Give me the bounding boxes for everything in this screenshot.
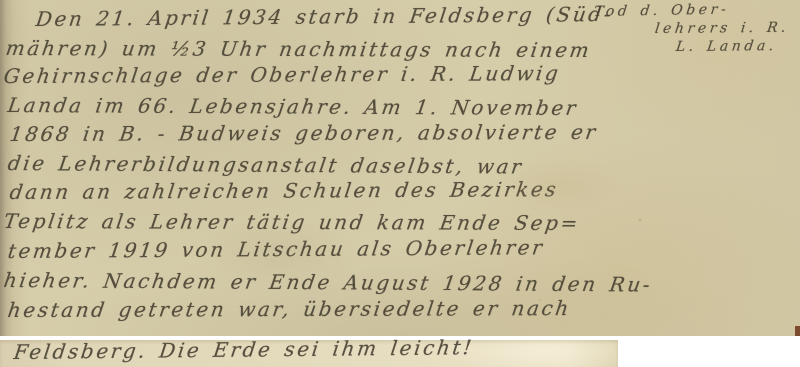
scanned-document: Den 21. April 1934 starb in Feldsberg (S… (0, 0, 800, 367)
manuscript-line: hestand getreten war, übersiedelte er na… (8, 296, 571, 322)
manuscript-line: Landa im 66. Lebensjahre. Am 1. November (8, 93, 578, 120)
manuscript-line: die Lehrerbildungsanstalt daselbst, war (8, 151, 524, 179)
bottom-paper-strip: Feldsberg. Die Erde sei ihm leicht! (0, 340, 618, 367)
margin-note-text: lehrers i. R. (654, 20, 790, 37)
manuscript-line-text: Den 21. April 1934 starb in Feldsberg (S… (34, 2, 614, 31)
manuscript-line: 1868 in B. - Budweis geboren, absolviert… (10, 120, 598, 146)
manuscript-line-text: hestand getreten war, übersiedelte er na… (6, 296, 572, 322)
manuscript-page: Den 21. April 1934 starb in Feldsberg (S… (0, 0, 800, 336)
manuscript-line-text: tember 1919 von Litschau als Oberlehrer (6, 235, 546, 263)
page-edge-mark (795, 326, 800, 336)
manuscript-line-text: Feldsberg. Die Erde sei ihm leicht! (12, 335, 475, 364)
manuscript-line: hieher. Nachdem er Ende August 1928 in d… (4, 268, 652, 297)
manuscript-line-text: die Lehrerbildungsanstalt daselbst, war (6, 151, 525, 179)
margin-note-line: Tod d. Ober- (594, 2, 730, 20)
margin-note-text: L. Landa. (675, 38, 778, 55)
manuscript-strip-line: Feldsberg. Die Erde sei ihm leicht! (14, 335, 474, 364)
manuscript-line-text: Gehirnschlage der Oberlehrer i. R. Ludwi… (2, 61, 562, 88)
manuscript-line-text: Landa im 66. Lebensjahre. Am 1. November (6, 93, 580, 120)
manuscript-line: mähren) um ½3 Uhr nachmittags nach einem (6, 36, 591, 62)
margin-note-line: L. Landa. (676, 38, 777, 55)
margin-note-text: Tod d. Ober- (593, 2, 730, 20)
manuscript-line-text: mähren) um ½3 Uhr nachmittags nach einem (4, 36, 593, 62)
manuscript-line: Gehirnschlage der Oberlehrer i. R. Ludwi… (4, 61, 561, 88)
manuscript-line: Teplitz als Lehrer tätig und kam Ende Se… (4, 209, 580, 235)
manuscript-line: dann an zahlreichen Schulen des Bezirkes (10, 177, 558, 204)
manuscript-line-text: hieher. Nachdem er Ende August 1928 in d… (2, 268, 654, 297)
manuscript-line-text: Teplitz als Lehrer tätig und kam Ende Se… (2, 209, 581, 235)
margin-note-line: lehrers i. R. (655, 20, 789, 37)
manuscript-line: Den 21. April 1934 starb in Feldsberg (S… (36, 2, 613, 31)
manuscript-line-text: dann an zahlreichen Schulen des Bezirkes (8, 177, 560, 204)
manuscript-line-text: 1868 in B. - Budweis geboren, absolviert… (8, 120, 599, 146)
manuscript-line: tember 1919 von Litschau als Oberlehrer (8, 235, 545, 263)
